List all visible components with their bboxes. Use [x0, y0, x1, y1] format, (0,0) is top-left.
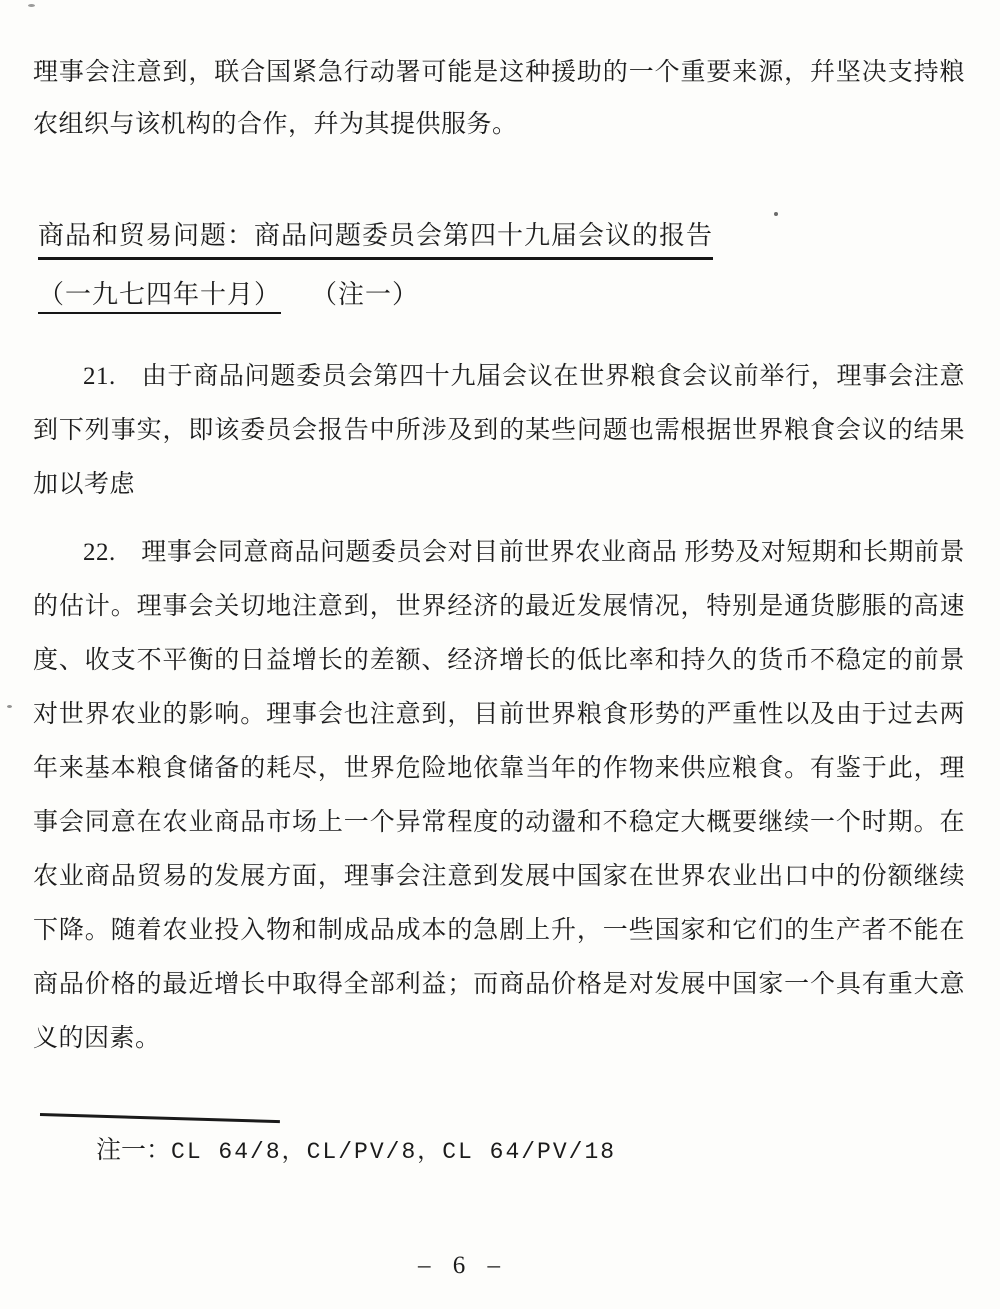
text-line: 加以考虑 — [33, 458, 965, 512]
text-line: 理事会注意到，联合国紧急行动署可能是这种援助的一个重要来源，幷坚决支持粮 — [33, 47, 965, 99]
heading-date: （一九七四年十月） — [38, 280, 281, 315]
paragraph-21: 21. 由于商品问题委员会第四十九届会议在世界粮食会议前举行，理事会注意 到下列… — [33, 350, 965, 512]
text-line: 事会同意在农业商品市场上一个异常程度的动盪和不稳定大概要继续一个时期。在 — [33, 796, 965, 850]
heading-line-1: 商品和贸易问题：商品问题委员会第四十九届会议的报告 — [38, 220, 968, 260]
scan-speck — [774, 212, 778, 216]
text-line: 22. 理事会同意商品问题委员会对目前世界农业商品 形势及对短期和长期前景 — [33, 526, 965, 580]
footnote-divider — [40, 1113, 280, 1123]
paragraph-continuation: 理事会注意到，联合国紧急行动署可能是这种援助的一个重要来源，幷坚决支持粮 农组织… — [33, 47, 965, 151]
footnote: 注一：CL 64/8，CL/PV/8，CL 64/PV/18 — [96, 1130, 616, 1166]
text-line: 年来基本粮食储备的耗尽，世界危险地依靠当年的作物来供应粮食。有鉴于此，理 — [33, 742, 965, 796]
text-line: 度、收支不平衡的日益增长的差额、经济增长的低比率和持久的货币不稳定的前景 — [33, 634, 965, 688]
footnote-document-refs: CL 64/8，CL/PV/8，CL 64/PV/18 — [171, 1139, 616, 1165]
paragraph-22: 22. 理事会同意商品问题委员会对目前世界农业商品 形势及对短期和长期前景 的估… — [33, 526, 965, 1066]
text-line: 义的因素。 — [33, 1012, 965, 1066]
page-number: – 6 – — [0, 1252, 920, 1280]
text-line: 的估计。理事会关切地注意到，世界经济的最近发展情况，特别是通货膨脹的高速 — [33, 580, 965, 634]
footnote-label: 注一： — [96, 1137, 171, 1164]
scan-speck — [28, 4, 35, 7]
text-line: 农组织与该机构的合作，幷为其提供服务。 — [33, 99, 965, 151]
heading-title: 商品和贸易问题：商品问题委员会第四十九届会议的报告 — [38, 220, 713, 260]
scan-speck — [7, 705, 12, 708]
text-line: 农业商品贸易的发展方面，理事会注意到发展中国家在世界农业出口中的份额继续 — [33, 850, 965, 904]
scanned-document-page: 理事会注意到，联合国紧急行动署可能是这种援助的一个重要来源，幷坚决支持粮 农组织… — [0, 0, 1000, 1309]
text-line: 到下列事实，即该委员会报告中所涉及到的某些问题也需根据世界粮食会议的结果 — [33, 404, 965, 458]
text-line: 商品价格的最近增长中取得全部利益；而商品价格是对发展中国家一个具有重大意 — [33, 958, 965, 1012]
text-line: 21. 由于商品问题委员会第四十九届会议在世界粮食会议前举行，理事会注意 — [33, 350, 965, 404]
footnote-reference: （注一） — [311, 280, 419, 310]
text-line: 下降。随着农业投入物和制成品成本的急剧上升，一些国家和它们的生产者不能在 — [33, 904, 965, 958]
heading-line-2: （一九七四年十月）（注一） — [38, 280, 968, 315]
text-line: 对世界农业的影响。理事会也注意到，目前世界粮食形势的严重性以及由于过去两 — [33, 688, 965, 742]
section-heading: 商品和贸易问题：商品问题委员会第四十九届会议的报告 （一九七四年十月）（注一） — [38, 220, 968, 314]
